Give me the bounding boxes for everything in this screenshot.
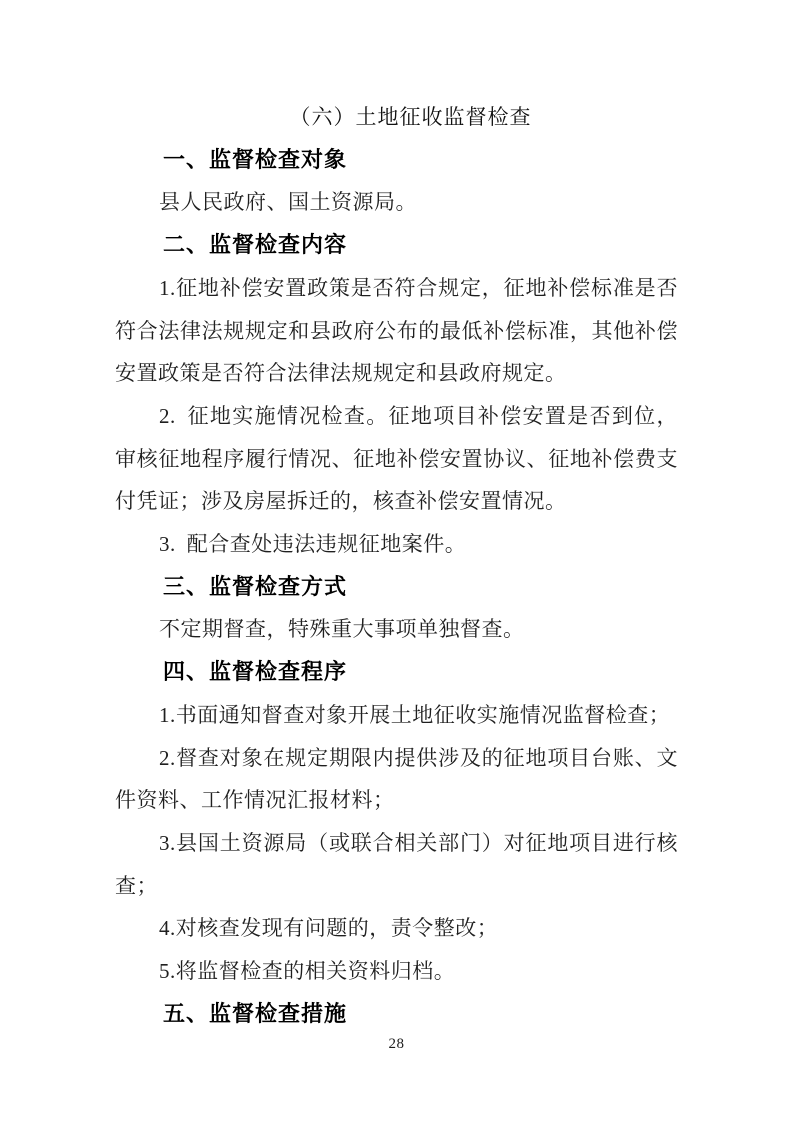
- section-heading-5: 五、监督检查措施: [163, 993, 678, 1036]
- paragraph-line: 1.征地补偿安置政策是否符合规定，征地补偿标准是否: [115, 267, 678, 310]
- section-heading-2: 二、监督检查内容: [163, 224, 678, 267]
- paragraph-line: 审核征地程序履行情况、征地补偿安置协议、征地补偿费支: [115, 438, 678, 481]
- document-content: （六）土地征收监督检查 一、监督检查对象 县人民政府、国土资源局。 二、监督检查…: [115, 96, 678, 1035]
- paragraph-line: 符合法律法规规定和县政府公布的最低补偿标准，其他补偿: [115, 310, 678, 353]
- paragraph-line: 查；: [115, 865, 678, 908]
- paragraph-line: 付凭证；涉及房屋拆迁的，核查补偿安置情况。: [115, 480, 678, 523]
- paragraph-line: 4.对核查发现有问题的，责令整改；: [115, 907, 678, 950]
- paragraph-line: 5.将监督检查的相关资料归档。: [115, 950, 678, 993]
- paragraph-line: 安置政策是否符合法律法规规定和县政府规定。: [115, 352, 678, 395]
- paragraph-line: 2.督查对象在规定期限内提供涉及的征地项目台账、文: [115, 737, 678, 780]
- paragraph-line: 县人民政府、国土资源局。: [115, 181, 678, 224]
- paragraph-line: 1.书面通知督查对象开展土地征收实施情况监督检查；: [115, 694, 678, 737]
- section-heading-4: 四、监督检查程序: [163, 651, 678, 694]
- section-heading-3: 三、监督检查方式: [163, 566, 678, 609]
- paragraph-line: 件资料、工作情况汇报材料；: [115, 779, 678, 822]
- paragraph-line: 3.县国土资源局（或联合相关部门）对征地项目进行核: [115, 822, 678, 865]
- document-page: （六）土地征收监督检查 一、监督检查对象 县人民政府、国土资源局。 二、监督检查…: [0, 0, 793, 1122]
- paragraph-line: 3. 配合查处违法违规征地案件。: [115, 523, 678, 566]
- paragraph-line: 不定期督查，特殊重大事项单独督查。: [115, 608, 678, 651]
- page-title: （六）土地征收监督检查: [115, 96, 678, 139]
- paragraph-line: 2. 征地实施情况检查。征地项目补偿安置是否到位，: [115, 395, 678, 438]
- section-heading-1: 一、监督检查对象: [163, 139, 678, 182]
- page-number: 28: [0, 1036, 793, 1053]
